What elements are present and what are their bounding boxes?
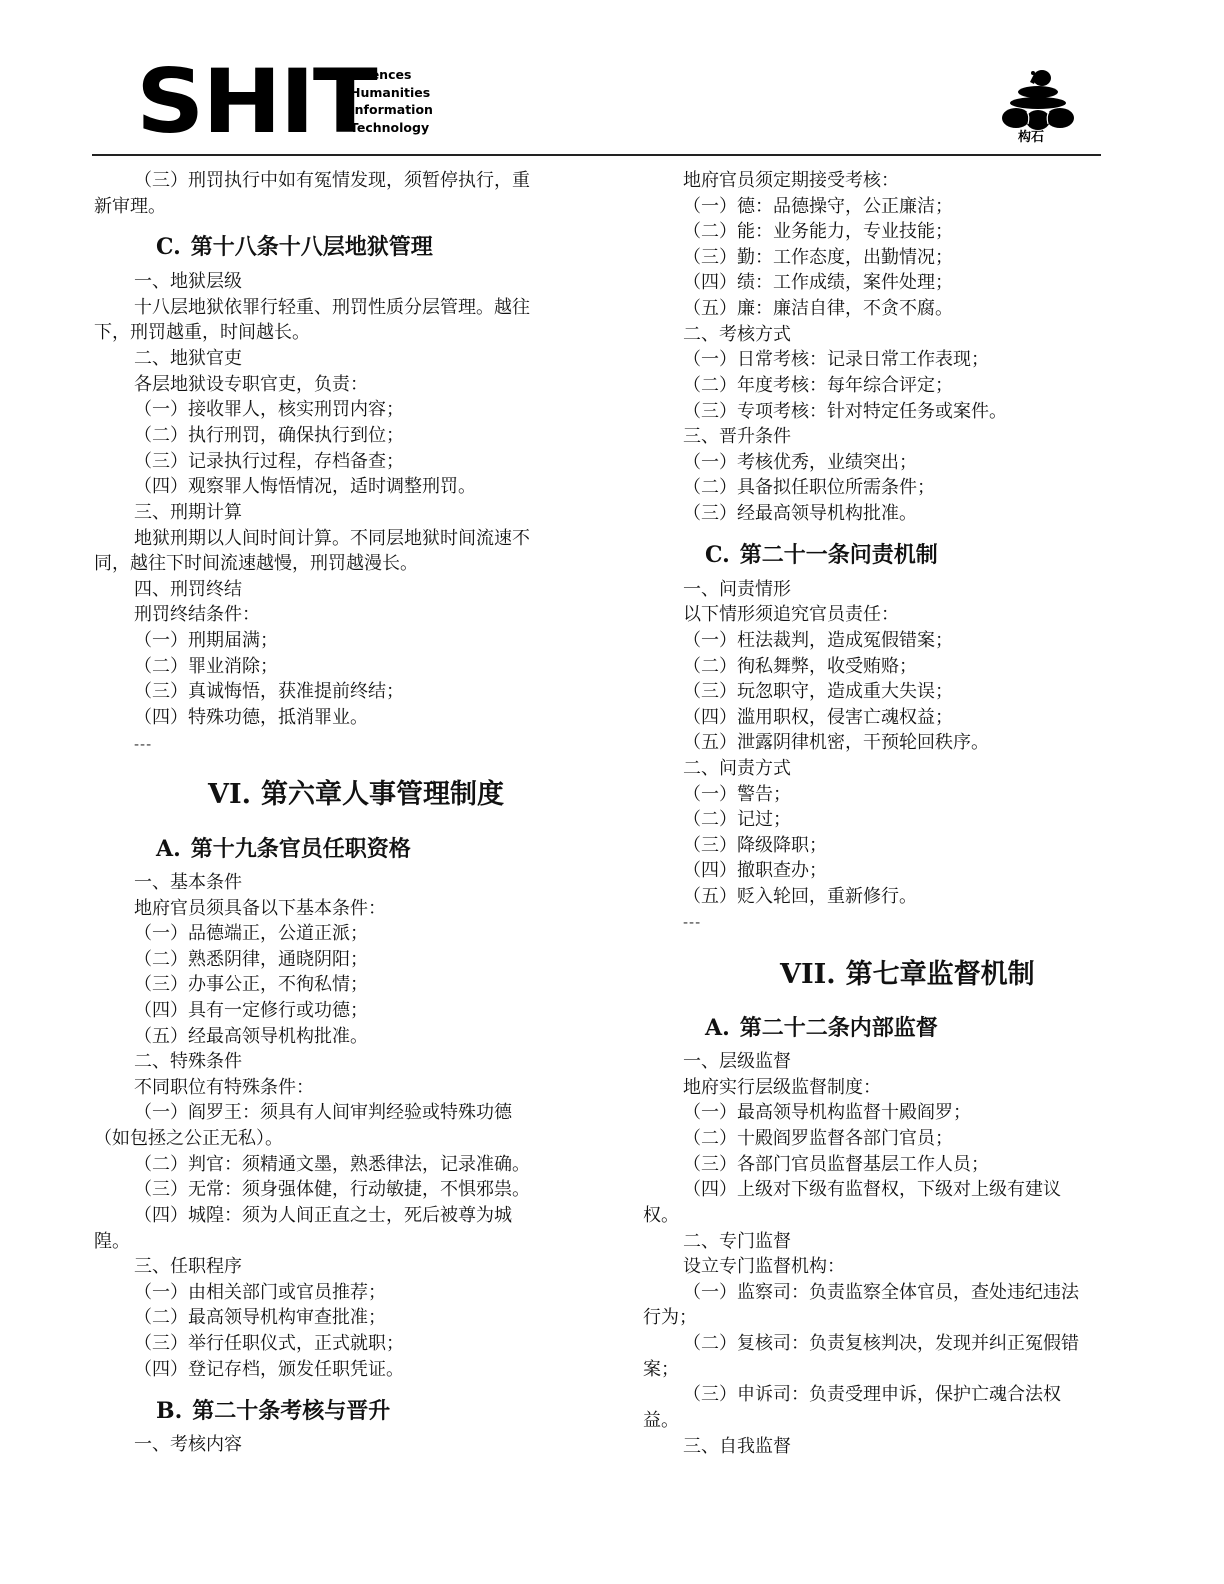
list-item: （一）阎罗王：须具有人间审判经验或特殊功德 <box>134 1101 512 1125</box>
paragraph-line: 案； <box>643 1358 679 1382</box>
list-item: （五）廉：廉洁自律，不贪不腐。 <box>683 297 953 321</box>
list-item: （一）德：品德操守，公正廉洁； <box>683 195 953 219</box>
section-separator: --- <box>134 736 152 754</box>
paragraph-line: （如包拯之公正无私）。 <box>94 1127 283 1151</box>
list-item: （三）真诚悔悟，获准提前终结； <box>134 680 404 704</box>
chapter-number: VI. <box>208 779 251 810</box>
subsection-heading: 二、专门监督 <box>683 1230 791 1254</box>
paragraph-line: 权。 <box>643 1204 679 1228</box>
list-item: （三）办事公正，不徇私情； <box>134 973 368 997</box>
article-title: 第二十一条问责机制 <box>740 542 938 568</box>
article-title: 第二十二条内部监督 <box>740 1015 938 1041</box>
subsection-heading: 一、基本条件 <box>134 871 242 895</box>
list-item: （二）能：业务能力，专业技能； <box>683 220 953 244</box>
paragraph-line: 新审理。 <box>94 195 166 219</box>
chapter-number: VII. <box>780 959 836 990</box>
article-heading-18: C.第十八条十八层地狱管理 <box>156 233 433 261</box>
paragraph-line: 地狱刑期以人间时间计算。不同层地狱时间流速不 <box>134 527 530 551</box>
logo-sub-sciences: Sciences <box>350 66 433 84</box>
subsection-heading: 三、晋升条件 <box>683 425 791 449</box>
list-item: （四）绩：工作成绩，案件处理； <box>683 271 953 295</box>
subsection-heading: 三、任职程序 <box>134 1255 242 1279</box>
subsection-heading: 一、问责情形 <box>683 578 791 602</box>
list-item: （一）由相关部门或官员推荐； <box>134 1281 386 1305</box>
subsection-heading: 三、自我监督 <box>683 1435 791 1459</box>
article-number: C. <box>156 234 181 260</box>
paragraph-line: 地府实行层级监督制度： <box>683 1076 881 1100</box>
list-item: （四）城隍：须为人间正直之士，死后被尊为城 <box>134 1204 512 1228</box>
logo-sub-information: Information <box>350 101 433 119</box>
article-heading-22: A.第二十二条内部监督 <box>705 1014 938 1042</box>
emblem-label: 构石 <box>1018 126 1044 145</box>
article-title: 第十九条官员任职资格 <box>191 836 411 862</box>
list-item: （一）考核优秀，业绩突出； <box>683 451 917 475</box>
subsection-heading: 二、考核方式 <box>683 323 791 347</box>
paragraph-line: 地府官员须具备以下基本条件： <box>134 897 386 921</box>
list-item: （三）记录执行过程，存档备查； <box>134 450 404 474</box>
list-item: （二）徇私舞弊，收受贿赂； <box>683 655 917 679</box>
paragraph-line: 不同职位有特殊条件： <box>134 1076 314 1100</box>
paragraph-line: 下，刑罚越重，时间越长。 <box>94 321 310 345</box>
subsection-heading: 三、刑期计算 <box>134 501 242 525</box>
subsection-heading: 四、刑罚终结 <box>134 578 242 602</box>
article-title: 第二十条考核与晋升 <box>192 1398 390 1424</box>
article-number: A. <box>156 836 181 862</box>
paragraph-line: 十八层地狱依罪行轻重、刑罚性质分层管理。越往 <box>134 296 530 320</box>
logo-sub-humanities: Humanities <box>350 84 433 102</box>
subsection-heading: 一、考核内容 <box>134 1433 242 1457</box>
list-item: （二）熟悉阴律，通晓阴阳； <box>134 948 368 972</box>
list-item: （三）举行任职仪式，正式就职； <box>134 1332 404 1356</box>
list-item: （四）观察罪人悔悟情况，适时调整刑罚。 <box>134 475 476 499</box>
article-heading-20: B.第二十条考核与晋升 <box>156 1397 390 1425</box>
list-item: （二）罪业消除； <box>134 655 278 679</box>
list-item: （五）经最高领导机构批准。 <box>134 1025 368 1049</box>
paragraph-line: 益。 <box>643 1409 679 1433</box>
list-item: （二）判官：须精通文墨，熟悉律法，记录准确。 <box>134 1153 530 1177</box>
list-item: （二）执行刑罚，确保执行到位； <box>134 424 404 448</box>
paragraph-line: 地府官员须定期接受考核： <box>683 169 899 193</box>
header-divider <box>92 154 1101 156</box>
article-heading-19: A.第十九条官员任职资格 <box>156 835 411 863</box>
paragraph-line: （三）刑罚执行中如有冤情发现，须暂停执行，重 <box>134 169 530 193</box>
article-number: A. <box>705 1015 730 1041</box>
list-item: （三）勤：工作态度，出勤情况； <box>683 246 953 270</box>
list-item: （二）十殿阎罗监督各部门官员； <box>683 1127 953 1151</box>
logo-subtitle: Sciences Humanities Information Technolo… <box>350 66 433 136</box>
list-item: （三）经最高领导机构批准。 <box>683 502 917 526</box>
list-item: （三）专项考核：针对特定任务或案件。 <box>683 400 1007 424</box>
paragraph-line: 各层地狱设专职官吏，负责： <box>134 373 368 397</box>
list-item: （一）监察司：负责监察全体官员，查处违纪违法 <box>683 1281 1079 1305</box>
list-item: （四）撤职查办； <box>683 859 827 883</box>
list-item: （一）日常考核：记录日常工作表现； <box>683 348 989 372</box>
paragraph-line: 设立专门监督机构： <box>683 1255 845 1279</box>
article-heading-21: C.第二十一条问责机制 <box>705 541 938 569</box>
list-item: （五）贬入轮回，重新修行。 <box>683 885 917 909</box>
list-item: （四）滥用职权，侵害亡魂权益； <box>683 706 953 730</box>
list-item: （三）玩忽职守，造成重大失误； <box>683 680 953 704</box>
chapter-heading-6: VI.第六章人事管理制度 <box>208 778 504 812</box>
paragraph-line: 行为； <box>643 1306 697 1330</box>
list-item: （四）特殊功德，抵消罪业。 <box>134 706 368 730</box>
list-item: （一）刑期届满； <box>134 629 278 653</box>
list-item: （二）记过； <box>683 808 791 832</box>
subsection-heading: 二、地狱官吏 <box>134 347 242 371</box>
list-item: （三）申诉司：负责受理申诉，保护亡魂合法权 <box>683 1383 1061 1407</box>
logo-sub-technology: Technology <box>350 119 433 137</box>
list-item: （三）无常：须身强体健，行动敏捷，不惧邪祟。 <box>134 1178 530 1202</box>
list-item: （一）品德端正，公道正派； <box>134 922 368 946</box>
list-item: （二）复核司：负责复核判决，发现并纠正冤假错 <box>683 1332 1079 1356</box>
paragraph-line: 以下情形须追究官员责任： <box>683 603 899 627</box>
section-separator: --- <box>683 914 701 932</box>
list-item: （二）具备拟任职位所需条件； <box>683 476 935 500</box>
list-item: （一）接收罪人，核实刑罚内容； <box>134 398 404 422</box>
document-page: SHIT Sciences Humanities Information Tec… <box>0 0 1224 1584</box>
paragraph-line: 隍。 <box>94 1230 130 1254</box>
article-number: B. <box>156 1398 182 1424</box>
list-item: （一）最高领导机构监督十殿阎罗； <box>683 1101 971 1125</box>
list-item: （四）具有一定修行或功德； <box>134 999 368 1023</box>
subsection-heading: 一、地狱层级 <box>134 270 242 294</box>
article-number: C. <box>705 542 730 568</box>
list-item: （五）泄露阴律机密，干预轮回秩序。 <box>683 731 989 755</box>
chapter-title: 第七章监督机制 <box>846 959 1035 990</box>
list-item: （一）警告； <box>683 783 791 807</box>
subsection-heading: 二、问责方式 <box>683 757 791 781</box>
chapter-heading-7: VII.第七章监督机制 <box>780 958 1035 992</box>
shit-logo-wordmark: SHIT <box>136 58 376 146</box>
list-item: （三）各部门官员监督基层工作人员； <box>683 1153 989 1177</box>
list-item: （一）枉法裁判，造成冤假错案； <box>683 629 953 653</box>
chapter-title: 第六章人事管理制度 <box>261 779 504 810</box>
subsection-heading: 二、特殊条件 <box>134 1050 242 1074</box>
list-item: （四）登记存档，颁发任职凭证。 <box>134 1358 404 1382</box>
list-item: （二）年度考核：每年综合评定； <box>683 374 953 398</box>
list-item: （三）降级降职； <box>683 834 827 858</box>
paragraph-line: 同，越往下时间流速越慢，刑罚越漫长。 <box>94 552 418 576</box>
article-title: 第十八条十八层地狱管理 <box>191 234 433 260</box>
list-item: （四）上级对下级有监督权，下级对上级有建议 <box>683 1178 1061 1202</box>
paragraph-line: 刑罚终结条件： <box>134 603 260 627</box>
list-item: （二）最高领导机构审查批准； <box>134 1306 386 1330</box>
subsection-heading: 一、层级监督 <box>683 1050 791 1074</box>
